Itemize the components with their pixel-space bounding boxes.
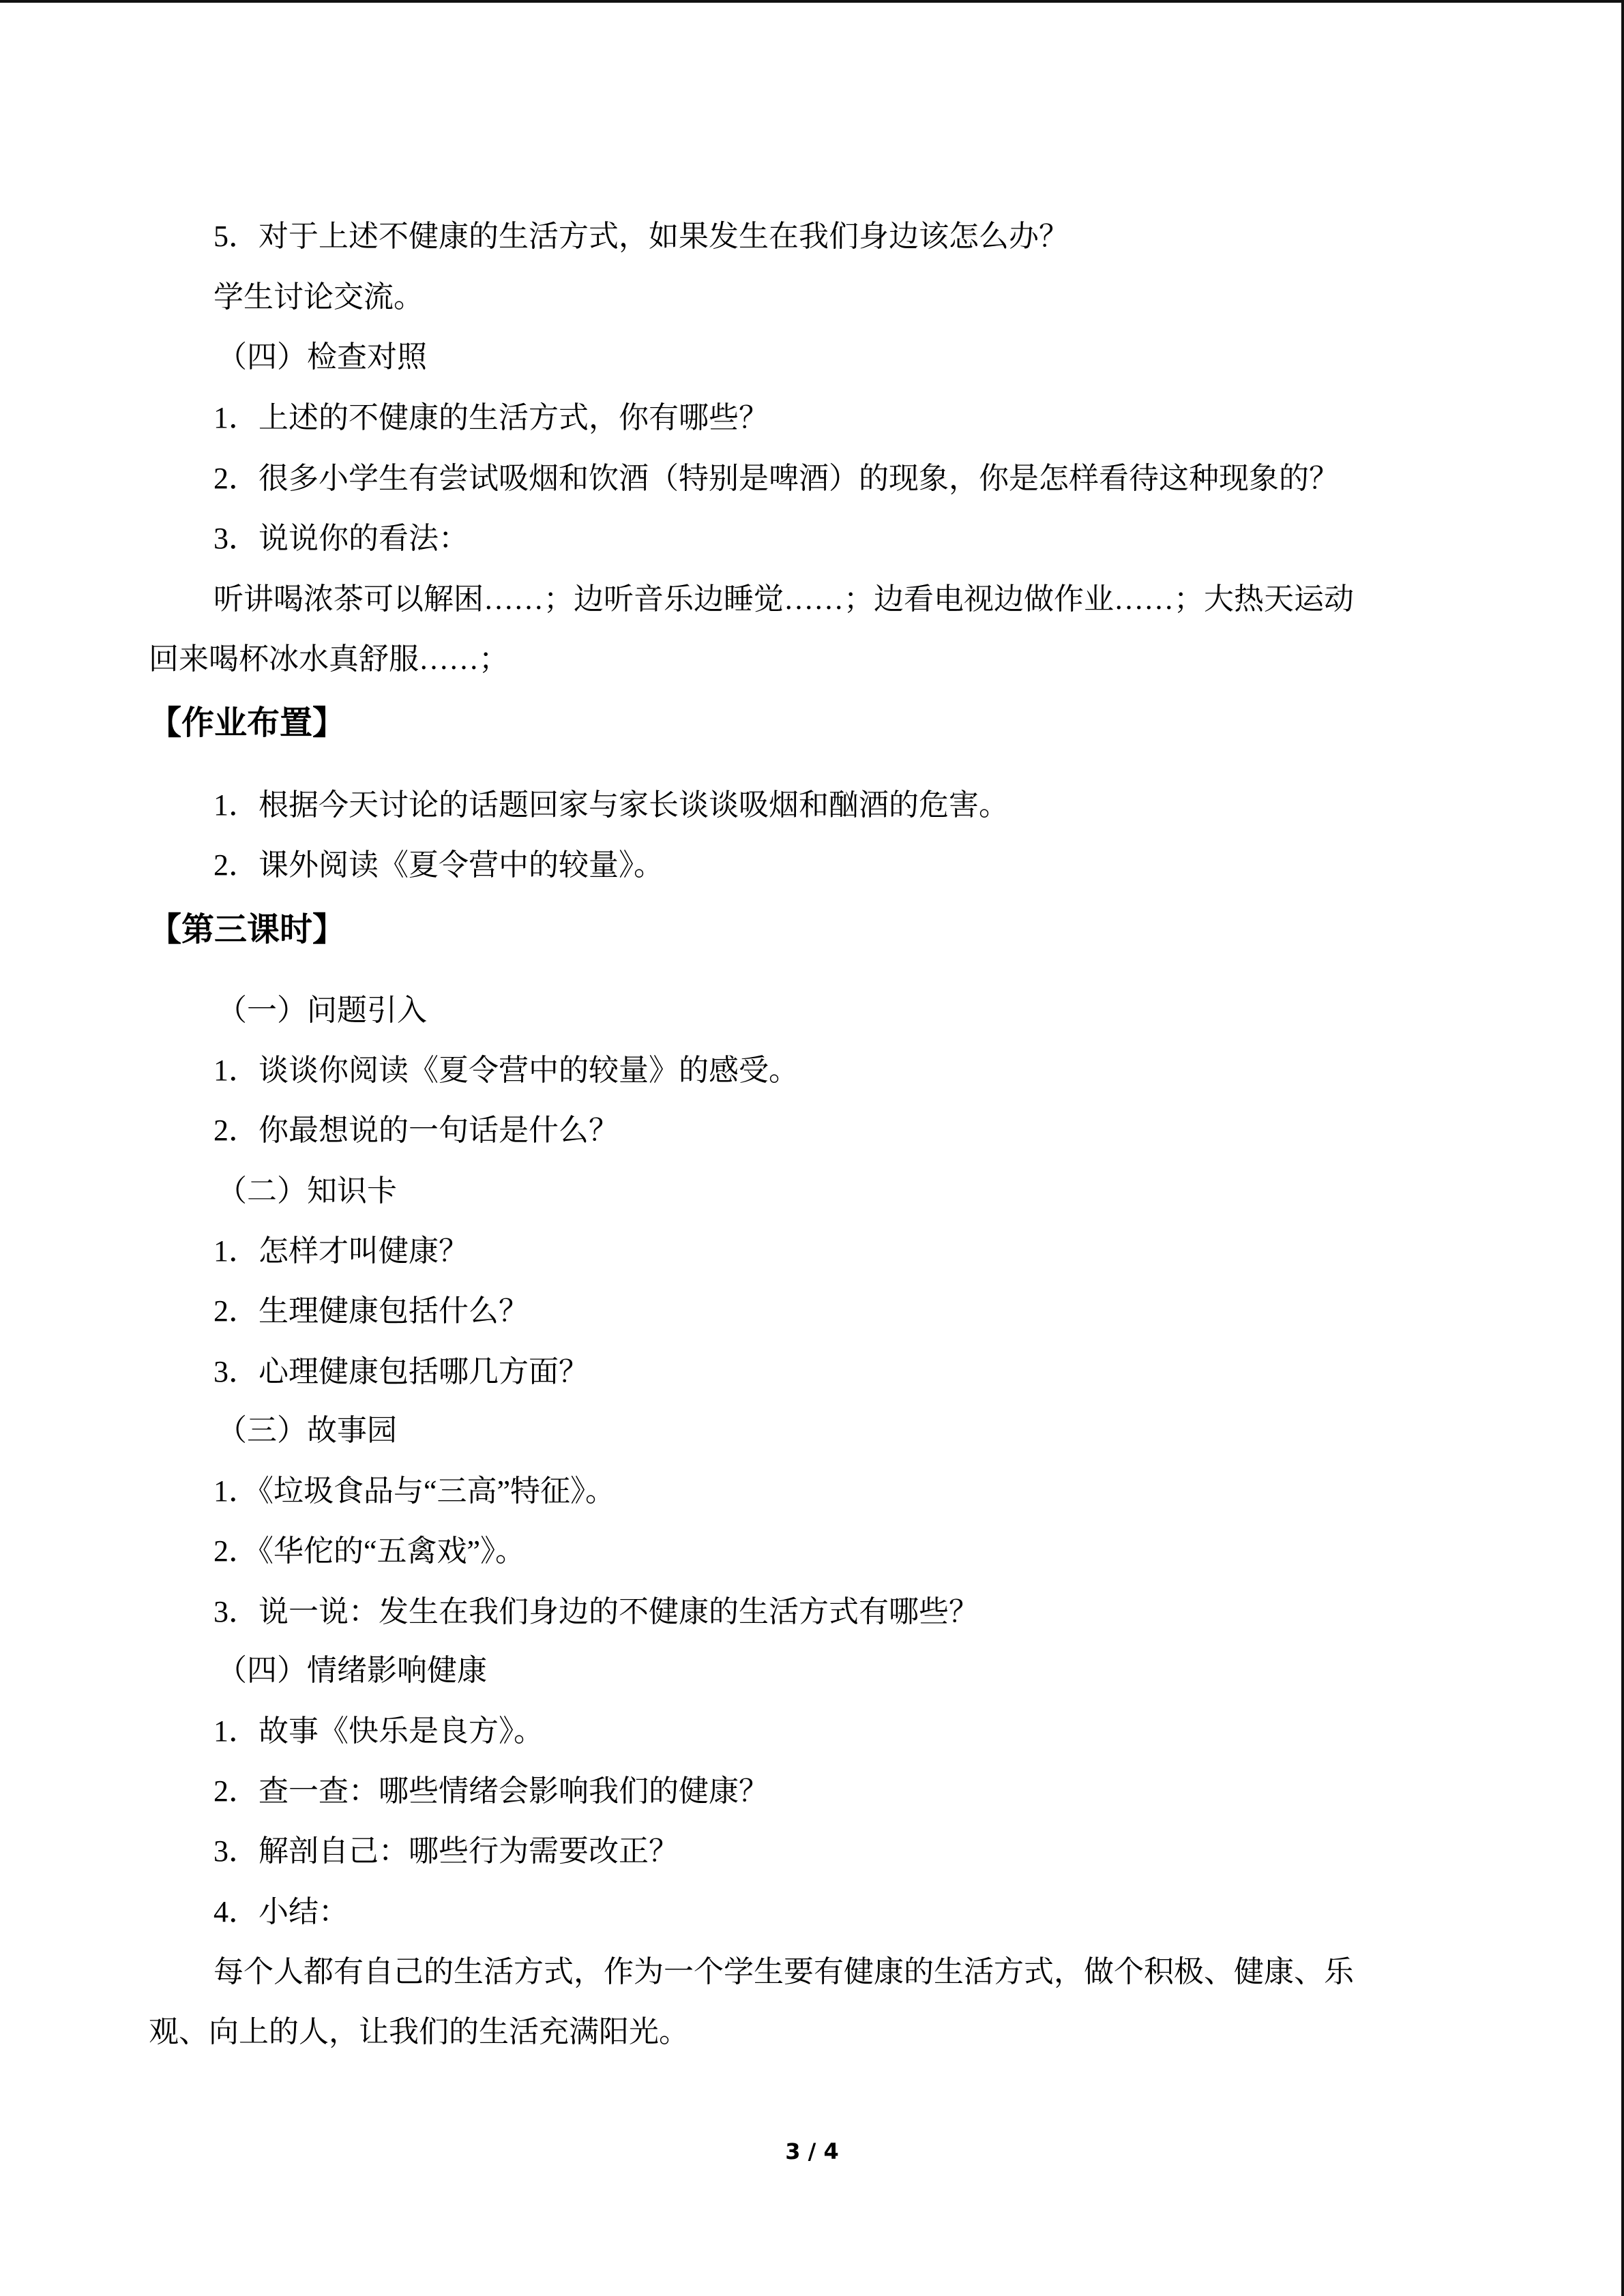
opinion-line-1: 听讲喝浓茶可以解困……；边听音乐边睡觉……；边看电视边做作业……；大热天运动 — [213, 580, 1354, 618]
check-section-title: （四）检查对照 — [217, 338, 427, 376]
lesson3-heading: 【第三课时】 — [149, 910, 345, 951]
part2-item-1: 1．怎样才叫健康？ — [213, 1232, 469, 1270]
part4-item-1: 1．故事《快乐是良方》。 — [213, 1712, 544, 1750]
summary-line-1: 每个人都有自己的生活方式，作为一个学生要有健康的生活方式，做个积极、健康、乐 — [213, 1953, 1354, 1991]
homework-item-2: 2．课外阅读《夏令营中的较量》。 — [213, 846, 664, 884]
part3-item-2: 2．《华佗的“五禽戏”》。 — [213, 1532, 525, 1570]
opinion-line-2: 回来喝杯冰水真舒服……； — [149, 640, 509, 679]
part2-item-3: 3．心理健康包括哪几方面？ — [213, 1353, 589, 1391]
part4-title: （四）情绪影响健康 — [217, 1652, 487, 1690]
part2-item-2: 2．生理健康包括什么？ — [213, 1292, 529, 1330]
check-item-2: 2．很多小学生有尝试吸烟和饮酒（特别是啤酒）的现象，你是怎样看待这种现象的？ — [213, 460, 1339, 498]
part4-item-2: 2．查一查：哪些情绪会影响我们的健康？ — [213, 1772, 769, 1810]
summary-line-2: 观、向上的人，让我们的生活充满阳光。 — [149, 2013, 689, 2051]
part4-item-3: 3．解剖自己：哪些行为需要改正？ — [213, 1832, 679, 1870]
check-item-1: 1．上述的不健康的生活方式，你有哪些？ — [213, 399, 769, 437]
page-number: 3 / 4 — [0, 2138, 1624, 2165]
homework-heading: 【作业布置】 — [149, 703, 345, 744]
question-5: 5．对于上述不健康的生活方式，如果发生在我们身边该怎么办？ — [213, 218, 1069, 256]
part2-title: （二）知识卡 — [217, 1172, 397, 1210]
part4-item-4: 4．小结： — [213, 1893, 349, 1931]
homework-item-1: 1．根据今天讨论的话题回家与家长谈谈吸烟和酗酒的危害。 — [213, 786, 1009, 824]
discussion-note: 学生讨论交流。 — [213, 278, 424, 316]
part3-title: （三）故事园 — [217, 1412, 397, 1450]
part1-title: （一）问题引入 — [217, 992, 427, 1030]
part1-item-2: 2．你最想说的一句话是什么？ — [213, 1112, 619, 1150]
part3-item-1: 1．《垃圾食品与“三高”特征》。 — [213, 1472, 615, 1510]
part3-item-3: 3．说一说：发生在我们身边的不健康的生活方式有哪些？ — [213, 1593, 979, 1631]
part1-item-1: 1．谈谈你阅读《夏令营中的较量》的感受。 — [213, 1052, 799, 1090]
document-page: 5．对于上述不健康的生活方式，如果发生在我们身边该怎么办？ 学生讨论交流。 （四… — [0, 0, 1624, 2296]
check-item-3: 3．说说你的看法： — [213, 520, 469, 558]
